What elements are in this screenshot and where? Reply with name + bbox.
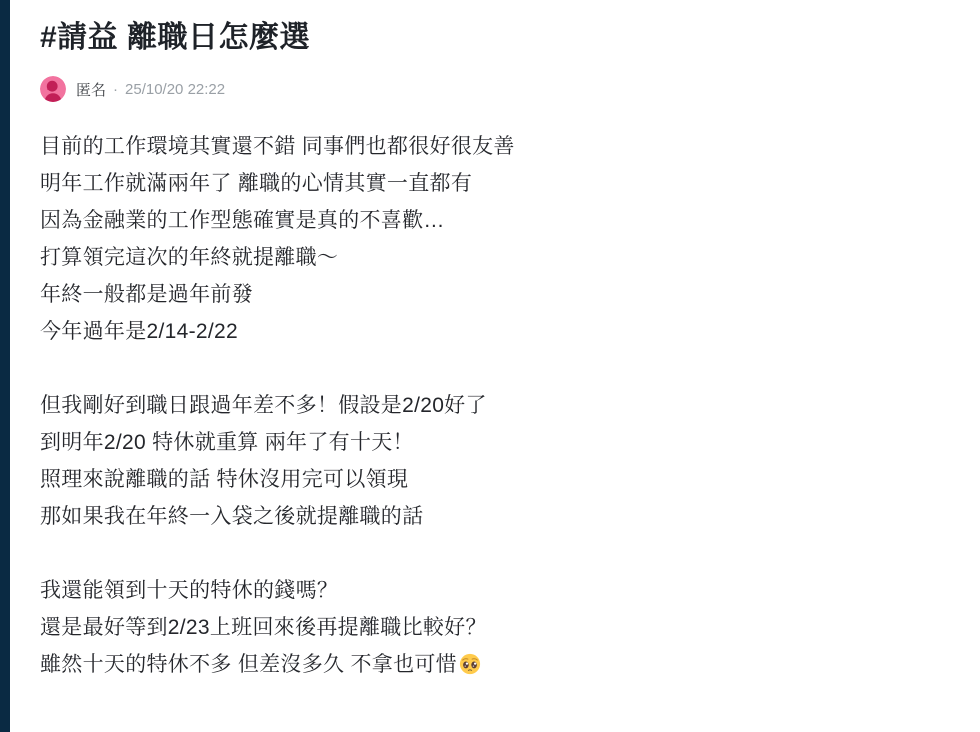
post-container: #請益 離職日怎麼選 匿名 · 25/10/20 22:22 目前的工作環境其實… (0, 0, 940, 683)
author-row: 匿名 · 25/10/20 22:22 (40, 76, 900, 102)
post-body-paragraph: 但我剛好到職日跟過年差不多！假設是2/20好了 到明年2/20 特休就重算 兩年… (40, 387, 900, 535)
post-title: #請益 離職日怎麼選 (40, 16, 900, 60)
post-body-line: 還是最好等到2/23上班回來後再提離職比較好？ (40, 609, 900, 646)
post-body-line: 打算領完這次的年終就提離職～ (40, 239, 900, 276)
post-body-line: 今年過年是2/14-2/22 (40, 313, 900, 350)
post-body-line: 到明年2/20 特休就重算 兩年了有十天！ (40, 424, 900, 461)
post-body-paragraph: 我還能領到十天的特休的錢嗎？ 還是最好等到2/23上班回來後再提離職比較好？ 雖… (40, 572, 900, 683)
post-body-line: 那如果我在年終一入袋之後就提離職的話 (40, 498, 900, 535)
post-body-line: 我還能領到十天的特休的錢嗎？ (40, 572, 900, 609)
post-body-line: 雖然十天的特休不多 但差沒多久 不拿也可惜 (40, 646, 900, 683)
post-body-line: 因為金融業的工作型態確實是真的不喜歡… (40, 202, 900, 239)
post-body-line: 照理來說離職的話 特休沒用完可以領現 (40, 461, 900, 498)
anonymous-avatar-icon (40, 76, 66, 102)
post-timestamp: 25/10/20 22:22 (125, 81, 225, 98)
post-body-line: 目前的工作環境其實還不錯 同事們也都很好很友善 (40, 128, 900, 165)
post-body-line: 但我剛好到職日跟過年差不多！假設是2/20好了 (40, 387, 900, 424)
post-body-paragraph: 目前的工作環境其實還不錯 同事們也都很好很友善 明年工作就滿兩年了 離職的心情其… (40, 128, 900, 350)
pleading-face-emoji (459, 653, 481, 675)
author-separator: · (113, 81, 118, 98)
left-accent-strip (0, 0, 10, 732)
post-body-line: 年終一般都是過年前發 (40, 276, 900, 313)
post-body: 目前的工作環境其實還不錯 同事們也都很好很友善 明年工作就滿兩年了 離職的心情其… (40, 128, 900, 683)
post-body-line: 明年工作就滿兩年了 離職的心情其實一直都有 (40, 165, 900, 202)
post-body-line-text: 雖然十天的特休不多 但差沒多久 不拿也可惜 (40, 653, 457, 676)
author-name: 匿名 (76, 79, 106, 100)
